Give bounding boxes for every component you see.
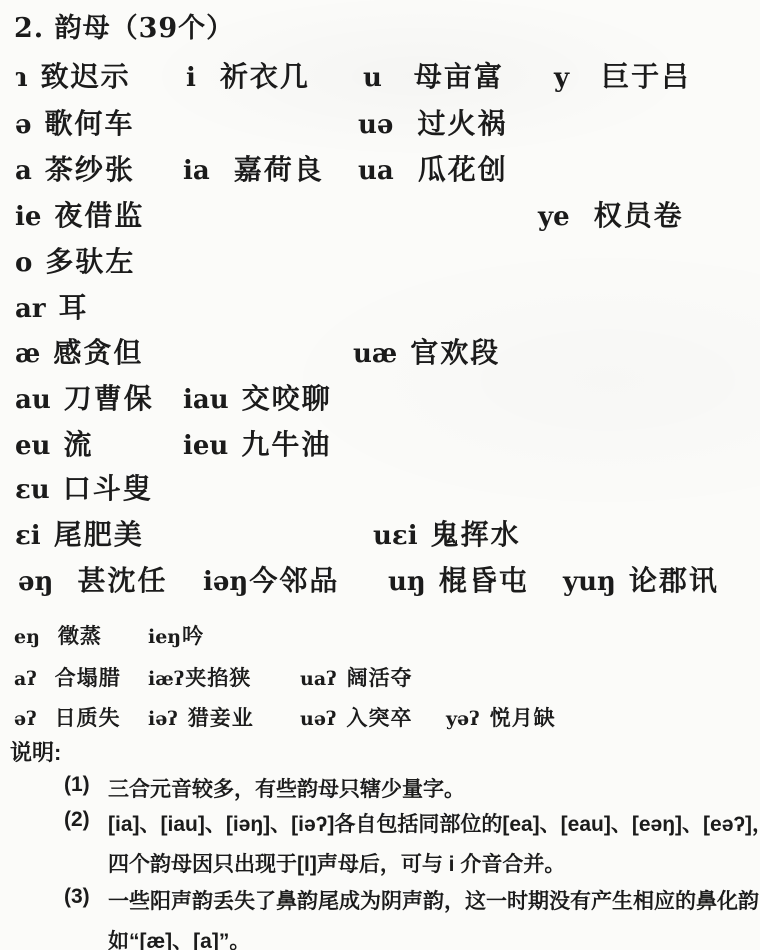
final-entry: iəŋ 今邻品 (203, 559, 339, 599)
note-number: (2) (64, 808, 90, 832)
ipa-symbol: æ (15, 339, 40, 369)
example-characters: 论郡讯 (629, 559, 719, 599)
final-entry: yəʔ 悦月缺 (446, 702, 556, 732)
final-entry: ɛu 口斗叟 (15, 467, 153, 507)
ipa-symbol: eu (15, 431, 50, 461)
example-characters: 官欢段 (410, 331, 500, 371)
ipa-symbol: ua (358, 156, 394, 186)
ipa-symbol: ie (15, 202, 41, 232)
note-number: (3) (64, 885, 90, 909)
example-characters: 祈衣几 (220, 55, 310, 95)
example-characters: 九牛油 (241, 423, 331, 463)
final-entry: eŋ 徵蒸 (14, 620, 102, 650)
example-characters: 日质失 (55, 702, 121, 732)
ipa-symbol: uəʔ (300, 708, 336, 730)
ipa-symbol: yəʔ (446, 708, 480, 730)
final-entry: y 巨于吕 (554, 55, 691, 95)
final-entry: ə 歌何车 (15, 102, 135, 142)
final-entry: ie 夜借监 (15, 194, 144, 234)
ipa-symbol: aʔ (14, 668, 37, 690)
ipa-symbol: yuŋ (563, 567, 616, 597)
ipa-symbol: ar (15, 294, 46, 324)
ipa-symbol: uə (358, 110, 393, 140)
note-number: (1) (64, 773, 90, 797)
final-entry: eu 流 (15, 423, 93, 463)
example-characters: 阔活夺 (347, 662, 413, 692)
ipa-symbol: əŋ (18, 567, 53, 597)
example-characters: 巨于吕 (601, 55, 691, 95)
final-entry: uɛi 鬼挥水 (373, 513, 521, 553)
ipa-symbol: ɛi (15, 521, 41, 551)
example-characters: 棍昏屯 (439, 559, 529, 599)
ipa-symbol: o (15, 248, 32, 278)
ipa-symbol: i (186, 63, 196, 93)
example-characters: 歌何车 (45, 102, 135, 142)
ipa-symbol: a (15, 156, 32, 186)
final-entry: iəʔ 猎妾业 (148, 702, 254, 732)
notes-heading: 说明: (10, 736, 61, 767)
example-characters: 夜借监 (54, 194, 144, 234)
example-characters: 尾肥美 (54, 513, 144, 553)
ipa-symbol: eŋ (14, 626, 40, 648)
example-characters: 悦月缺 (490, 702, 556, 732)
final-entry: ye 权员卷 (538, 194, 684, 234)
example-characters: 徵蒸 (58, 620, 102, 650)
final-entry: yuŋ 论郡讯 (563, 559, 719, 599)
final-entry: ieu 九牛油 (183, 423, 331, 463)
ipa-symbol: iəŋ (203, 567, 248, 597)
example-characters: 夹掐狭 (185, 662, 251, 692)
final-entry: ia 嘉荷良 (183, 148, 324, 188)
final-entry: uæ 官欢段 (353, 331, 500, 371)
note-text: 三合元音较多，有些韵母只辖少量字。 (108, 773, 465, 803)
final-entry: əʔ 日质失 (14, 702, 121, 732)
final-entry: u 母亩富 (363, 55, 504, 95)
ipa-symbol: iæʔ (148, 668, 184, 690)
final-entry: ieŋ 吟 (148, 620, 204, 650)
example-characters: 合塌腊 (55, 662, 121, 692)
example-characters: 致迟示 (41, 55, 131, 95)
final-entry: aʔ 合塌腊 (14, 662, 121, 692)
page-title: 2. 韵母（39个） (14, 6, 234, 45)
example-characters: 入突卒 (346, 702, 412, 732)
ipa-symbol: au (15, 385, 51, 415)
final-entry: iau 交咬聊 (183, 377, 332, 417)
example-characters: 母亩富 (414, 55, 504, 95)
ipa-symbol: uɛi (373, 521, 418, 551)
ipa-symbol: uŋ (388, 567, 426, 597)
ipa-symbol: iau (183, 385, 229, 415)
final-entry: uaʔ 阔活夺 (300, 662, 413, 692)
example-characters: 权员卷 (594, 194, 684, 234)
ipa-symbol: ye (538, 202, 570, 232)
final-entry: əŋ 甚沈任 (18, 559, 167, 599)
example-characters: 今邻品 (249, 559, 339, 599)
final-entry: ar 耳 (15, 286, 89, 326)
final-entry: ɛi 尾肥美 (15, 513, 144, 553)
final-entry: o 多驮左 (15, 240, 135, 280)
ipa-symbol: uaʔ (300, 668, 337, 690)
example-characters: 交咬聊 (242, 377, 332, 417)
ipa-symbol: ɿ (15, 63, 28, 93)
note-text: 一些阳声韵丢失了鼻韵尾成为阴声韵，这一时期没有产生相应的鼻化韵， (108, 885, 760, 915)
ipa-symbol: əʔ (14, 708, 37, 730)
ipa-symbol: u (363, 63, 382, 93)
example-characters: 瓜花创 (418, 148, 508, 188)
example-characters: 流 (63, 423, 93, 463)
example-characters: 感贪但 (53, 331, 143, 371)
ipa-symbol: ieŋ (148, 626, 181, 648)
ipa-symbol: ieu (183, 431, 228, 461)
note-text: 四个韵母因只出现于[l]声母后，可与 i 介音合并。 (108, 848, 565, 878)
ipa-symbol: ia (183, 156, 210, 186)
ipa-symbol: y (554, 63, 569, 93)
final-entry: au 刀曹保 (15, 377, 154, 417)
final-entry: ɿ 致迟示 (15, 55, 131, 95)
final-entry: ua 瓜花创 (358, 148, 508, 188)
ipa-symbol: ə (15, 110, 32, 140)
example-characters: 猎妾业 (188, 702, 254, 732)
note-text: [ia]、[iau]、[iəŋ]、[iəʔ]各自包括同部位的[ea]、[eau]… (108, 808, 760, 838)
example-characters: 茶纱张 (45, 148, 135, 188)
ipa-symbol: uæ (353, 339, 397, 369)
scanned-page: 2. 韵母（39个） ɿ 致迟示 i 祈衣几 u 母亩富 y 巨于吕 ə 歌何车… (0, 0, 760, 950)
ipa-symbol: ɛu (15, 475, 50, 505)
example-characters: 鬼挥水 (431, 513, 521, 553)
final-entry: iæʔ 夹掐狭 (148, 662, 251, 692)
example-characters: 嘉荷良 (234, 148, 324, 188)
final-entry: uəʔ 入突卒 (300, 702, 412, 732)
ipa-symbol: iəʔ (148, 708, 178, 730)
final-entry: a 茶纱张 (15, 148, 135, 188)
example-characters: 甚沈任 (77, 559, 167, 599)
example-characters: 吟 (182, 620, 204, 650)
example-characters: 多驮左 (45, 240, 135, 280)
example-characters: 口斗叟 (63, 467, 153, 507)
final-entry: uə 过火祸 (358, 102, 507, 142)
final-entry: i 祈衣几 (186, 55, 310, 95)
example-characters: 刀曹保 (64, 377, 154, 417)
note-text: 如“[æ]、[a]”。 (108, 925, 250, 950)
example-characters: 过火祸 (417, 102, 507, 142)
final-entry: æ 感贪但 (15, 331, 143, 371)
final-entry: uŋ 棍昏屯 (388, 559, 529, 599)
example-characters: 耳 (59, 286, 89, 326)
